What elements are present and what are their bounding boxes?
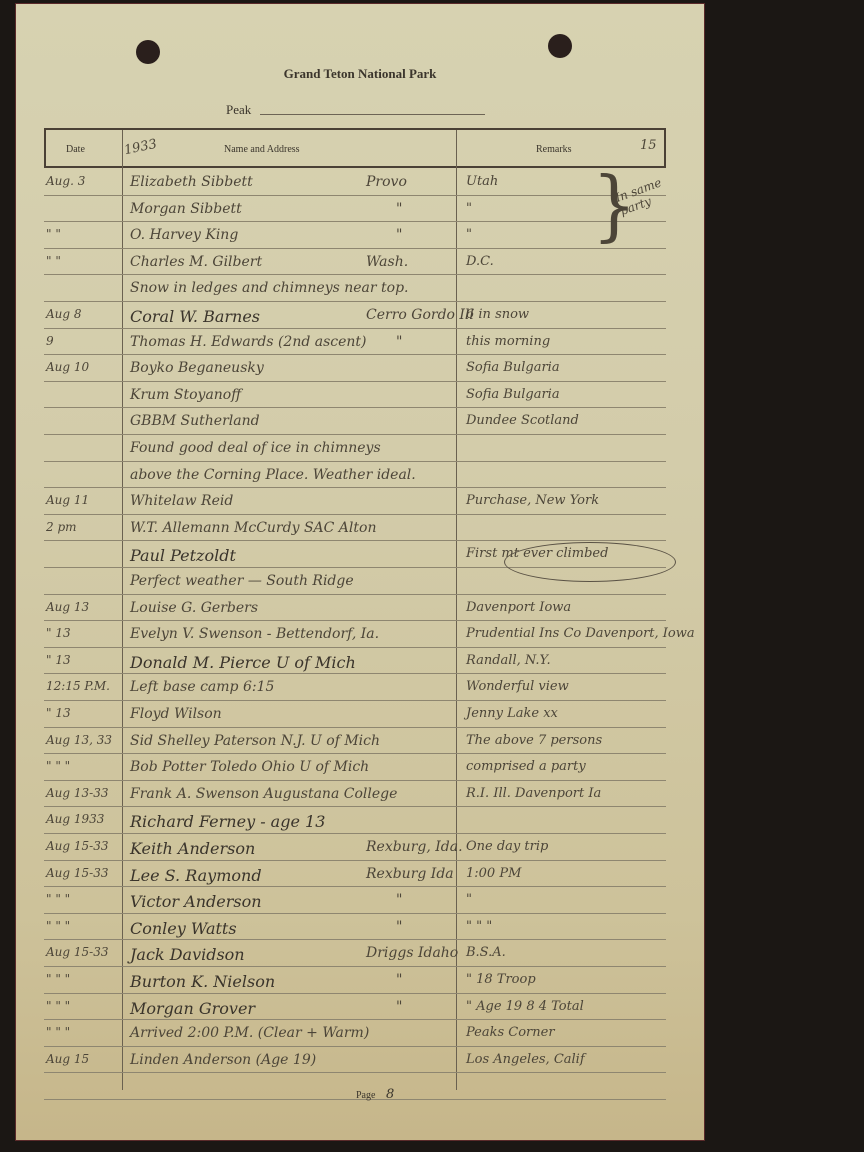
entry-remarks: Wonderful view bbox=[466, 679, 569, 694]
park-title: Grand Teton National Park bbox=[16, 66, 704, 82]
entry-name: Donald M. Pierce U of Mich bbox=[130, 653, 356, 672]
ruled-line bbox=[44, 966, 666, 967]
entry-date: " " " bbox=[46, 759, 70, 773]
entry-name: Thomas H. Edwards (2nd ascent) bbox=[130, 334, 367, 350]
entry-date: " " bbox=[46, 227, 61, 241]
ruled-line bbox=[44, 727, 666, 728]
entry-address: Wash. bbox=[366, 254, 408, 270]
entry-remarks: comprised a party bbox=[466, 759, 586, 774]
entry-date: 9 bbox=[46, 334, 54, 348]
entry-date: Aug. 3 bbox=[46, 174, 85, 188]
entry-name: Krum Stoyanoff bbox=[130, 387, 241, 403]
entry-remarks: Sofia Bulgaria bbox=[466, 360, 560, 375]
ruled-line bbox=[44, 939, 666, 940]
entry-name: Sid Shelley Paterson N.J. U of Mich bbox=[130, 733, 380, 749]
entry-name: O. Harvey King bbox=[130, 227, 238, 243]
entry-date: Aug 1933 bbox=[46, 812, 104, 826]
entry-remarks: " Age 19 8 4 Total bbox=[466, 999, 584, 1014]
ruled-line bbox=[44, 434, 666, 435]
entry-date: " " " bbox=[46, 972, 70, 986]
entry-address: " bbox=[396, 227, 402, 243]
entry-date: Aug 13 bbox=[46, 600, 89, 614]
entry-remarks: Jenny Lake xx bbox=[466, 706, 558, 721]
entry-name: Bob Potter Toledo Ohio U of Mich bbox=[130, 759, 369, 775]
ruled-line bbox=[44, 886, 666, 887]
entry-remarks: Los Angeles, Calif bbox=[466, 1052, 585, 1067]
ruled-line bbox=[44, 248, 666, 249]
entry-remarks: B.S.A. bbox=[466, 945, 506, 960]
entry-name: Whitelaw Reid bbox=[130, 493, 233, 509]
ruled-line bbox=[44, 514, 666, 515]
name-address-header: Name and Address bbox=[224, 144, 300, 155]
entry-date: Aug 11 bbox=[46, 493, 89, 507]
ruled-line bbox=[44, 487, 666, 488]
ruled-line bbox=[44, 647, 666, 648]
entry-name: Snow in ledges and chimneys near top. bbox=[130, 280, 409, 296]
entry-name: Floyd Wilson bbox=[130, 706, 222, 722]
entry-remarks: 6 in snow bbox=[466, 307, 529, 322]
entry-remarks: " bbox=[466, 201, 472, 216]
ruled-line bbox=[44, 274, 666, 275]
entry-address: Cerro Gordo Ill bbox=[366, 307, 474, 323]
ruled-line bbox=[44, 860, 666, 861]
entry-remarks: R.I. Ill. Davenport Ia bbox=[466, 786, 601, 801]
entry-name: W.T. Allemann McCurdy SAC Alton bbox=[130, 520, 376, 536]
ruled-line bbox=[44, 328, 666, 329]
entry-address: " bbox=[396, 201, 402, 217]
ruled-line bbox=[44, 913, 666, 914]
entry-name: Left base camp 6:15 bbox=[130, 679, 274, 695]
entry-remarks: Purchase, New York bbox=[466, 493, 599, 508]
entry-remarks: " bbox=[466, 227, 472, 242]
entry-remarks: Utah bbox=[466, 174, 498, 189]
date-header: Date bbox=[66, 144, 85, 155]
entry-address: " bbox=[396, 999, 402, 1015]
entry-remarks: " 18 Troop bbox=[466, 972, 536, 987]
ruled-line bbox=[44, 1099, 666, 1100]
ruled-line bbox=[44, 673, 666, 674]
remarks-header: Remarks bbox=[536, 144, 572, 155]
entry-name: Linden Anderson (Age 19) bbox=[130, 1052, 316, 1068]
entry-name: Perfect weather — South Ridge bbox=[130, 573, 354, 589]
entry-date: Aug 8 bbox=[46, 307, 82, 321]
entry-date: 2 pm bbox=[46, 520, 77, 534]
entry-date: " 13 bbox=[46, 706, 71, 720]
entry-address: " bbox=[396, 919, 402, 935]
entry-date: Aug 13, 33 bbox=[46, 733, 112, 747]
entry-date: " " " bbox=[46, 1025, 70, 1039]
entry-date: Aug 15 bbox=[46, 1052, 89, 1066]
annotation-bubble bbox=[504, 542, 676, 582]
entry-address: " bbox=[396, 892, 402, 908]
register-page: Grand Teton National Park Peak Date Name… bbox=[16, 4, 704, 1140]
entry-date: " " " bbox=[46, 999, 70, 1013]
entry-date: Aug 15-33 bbox=[46, 945, 108, 959]
entry-date: " " " bbox=[46, 892, 70, 906]
ruled-line bbox=[44, 301, 666, 302]
page-footer: Page 8 bbox=[356, 1087, 394, 1102]
entry-date: " 13 bbox=[46, 653, 71, 667]
ruled-line bbox=[44, 993, 666, 994]
entry-name: Conley Watts bbox=[130, 919, 237, 938]
ruled-line bbox=[44, 540, 666, 541]
entry-address: " bbox=[396, 334, 402, 350]
entry-date: 12:15 P.M. bbox=[46, 679, 110, 693]
entry-remarks: Prudential Ins Co Davenport, Iowa bbox=[466, 626, 695, 641]
entry-name: above the Corning Place. Weather ideal. bbox=[130, 467, 416, 483]
peak-field bbox=[260, 114, 485, 115]
entry-address: Provo bbox=[366, 174, 407, 190]
punch-hole bbox=[136, 40, 160, 64]
peak-label: Peak bbox=[226, 102, 251, 118]
page-label: Page bbox=[356, 1090, 375, 1101]
entry-name: Elizabeth Sibbett bbox=[130, 174, 253, 190]
entry-name: Louise G. Gerbers bbox=[130, 600, 258, 616]
entry-remarks: Randall, N.Y. bbox=[466, 653, 551, 668]
entry-name: Charles M. Gilbert bbox=[130, 254, 262, 270]
entry-remarks: Dundee Scotland bbox=[466, 413, 579, 428]
ruled-line bbox=[44, 700, 666, 701]
ruled-line bbox=[44, 1046, 666, 1047]
page-number: 8 bbox=[386, 1087, 394, 1102]
entry-remarks: " bbox=[466, 892, 472, 907]
entry-remarks: Davenport Iowa bbox=[466, 600, 571, 615]
entry-name: Keith Anderson bbox=[130, 839, 255, 858]
ruled-line bbox=[44, 221, 666, 222]
entry-name: Evelyn V. Swenson - Bettendorf, Ia. bbox=[130, 626, 379, 642]
ruled-line bbox=[44, 1072, 666, 1073]
ruled-line bbox=[44, 753, 666, 754]
entry-remarks: Sofia Bulgaria bbox=[466, 387, 560, 402]
ruled-line bbox=[44, 381, 666, 382]
entry-remarks: Peaks Corner bbox=[466, 1025, 555, 1040]
entry-remarks: 1:00 PM bbox=[466, 866, 521, 881]
entry-date: " 13 bbox=[46, 626, 71, 640]
ruled-line bbox=[44, 195, 666, 196]
ruled-line bbox=[44, 806, 666, 807]
entry-date: " " " bbox=[46, 919, 70, 933]
entry-name: GBBM Sutherland bbox=[130, 413, 260, 429]
entry-remarks: " " " bbox=[466, 919, 492, 934]
entry-name: Lee S. Raymond bbox=[130, 866, 262, 885]
entry-name: Burton K. Nielson bbox=[130, 972, 275, 991]
entry-date: Aug 15-33 bbox=[46, 839, 108, 853]
year-note: 1933 bbox=[123, 137, 158, 159]
ruled-line bbox=[44, 461, 666, 462]
entry-name: Paul Petzoldt bbox=[130, 546, 236, 565]
sheet-number: 15 bbox=[640, 138, 657, 153]
entry-name: Morgan Grover bbox=[130, 999, 255, 1018]
entry-remarks: The above 7 persons bbox=[466, 733, 602, 748]
entry-remarks: this morning bbox=[466, 334, 550, 349]
entry-name: Victor Anderson bbox=[130, 892, 262, 911]
ruled-line bbox=[44, 833, 666, 834]
entry-name: Richard Ferney - age 13 bbox=[130, 812, 325, 831]
entry-address: Rexburg Ida bbox=[366, 866, 454, 882]
entry-date: Aug 15-33 bbox=[46, 866, 108, 880]
entry-name: Frank A. Swenson Augustana College bbox=[130, 786, 397, 802]
entry-date: Aug 10 bbox=[46, 360, 89, 374]
ruled-line bbox=[44, 620, 666, 621]
ruled-line bbox=[44, 354, 666, 355]
entry-name: Jack Davidson bbox=[130, 945, 245, 964]
entry-name: Coral W. Barnes bbox=[130, 307, 260, 326]
entry-name: Morgan Sibbett bbox=[130, 201, 242, 217]
ruled-line bbox=[44, 594, 666, 595]
ruled-line bbox=[44, 407, 666, 408]
entry-address: " bbox=[396, 972, 402, 988]
column-header: Date Name and Address Remarks 15 1933 bbox=[44, 128, 666, 168]
entry-address: Rexburg, Ida. bbox=[366, 839, 463, 855]
entry-name: Found good deal of ice in chimneys bbox=[130, 440, 381, 456]
punch-hole bbox=[548, 34, 572, 58]
entry-date: " " bbox=[46, 254, 61, 268]
ruled-line bbox=[44, 1019, 666, 1020]
entry-remarks: D.C. bbox=[466, 254, 494, 269]
ruled-line bbox=[44, 780, 666, 781]
entry-remarks: One day trip bbox=[466, 839, 548, 854]
entry-name: Arrived 2:00 P.M. (Clear + Warm) bbox=[130, 1025, 369, 1041]
entry-date: Aug 13-33 bbox=[46, 786, 108, 800]
entry-name: Boyko Beganeusky bbox=[130, 360, 264, 376]
entry-address: Driggs Idaho bbox=[366, 945, 458, 961]
